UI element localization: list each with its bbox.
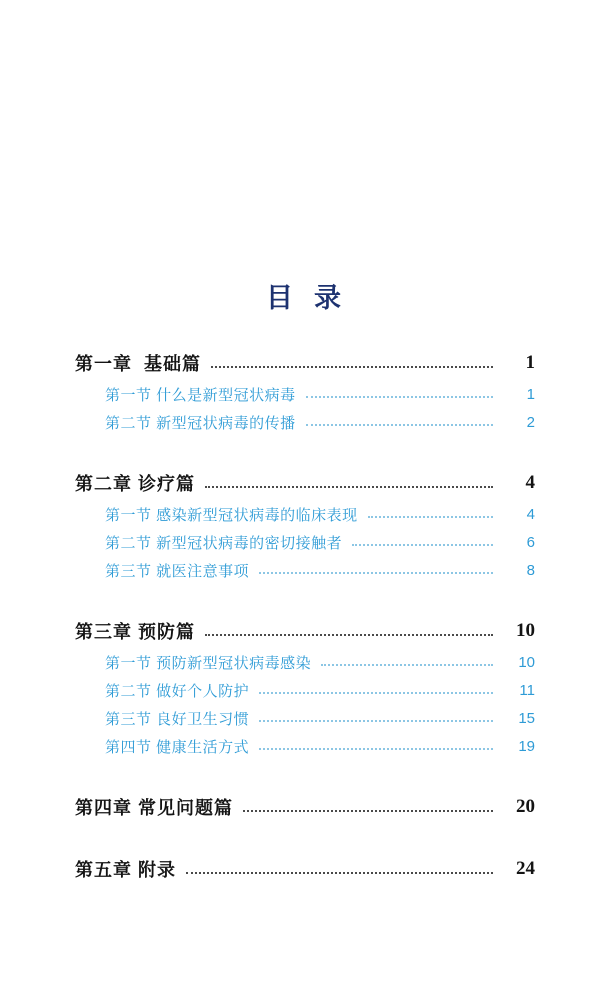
chapter-label: 第三章 预防篇 bbox=[75, 618, 195, 644]
page-number: 2 bbox=[501, 414, 535, 431]
dotted-leader bbox=[306, 396, 493, 398]
toc-chapter-row[interactable]: 第五章 附录24 bbox=[75, 858, 535, 880]
toc-section-row[interactable]: 第一节 什么是新型冠状病毒1 bbox=[105, 384, 535, 404]
page-title: 目 录 bbox=[0, 276, 609, 315]
section-label: 第二节 新型冠状病毒的密切接触者 bbox=[105, 532, 342, 553]
toc-section-row[interactable]: 第三节 就医注意事项8 bbox=[105, 560, 535, 580]
section-label: 第一节 预防新型冠状病毒感染 bbox=[105, 652, 311, 673]
chapter-label: 第五章 附录 bbox=[75, 856, 176, 882]
dotted-leader bbox=[306, 424, 493, 426]
toc-section-row[interactable]: 第三节 良好卫生习惯15 bbox=[105, 708, 535, 728]
page-number: 19 bbox=[501, 738, 535, 755]
chapter-label: 第四章 常见问题篇 bbox=[75, 794, 233, 820]
dotted-leader bbox=[259, 720, 493, 722]
page-number: 8 bbox=[501, 562, 535, 579]
dotted-leader bbox=[259, 572, 493, 574]
section-label: 第四节 健康生活方式 bbox=[105, 736, 249, 757]
dotted-leader bbox=[205, 486, 493, 488]
page-number: 4 bbox=[501, 506, 535, 523]
page-number: 1 bbox=[501, 386, 535, 403]
dotted-leader bbox=[186, 872, 493, 874]
section-label: 第二节 做好个人防护 bbox=[105, 680, 249, 701]
section-label: 第三节 良好卫生习惯 bbox=[105, 708, 249, 729]
toc-section-row[interactable]: 第一节 感染新型冠状病毒的临床表现4 bbox=[105, 504, 535, 524]
toc-section-row[interactable]: 第四节 健康生活方式19 bbox=[105, 736, 535, 756]
dotted-leader bbox=[321, 664, 493, 666]
toc-chapter-row[interactable]: 第一章 基础篇1 bbox=[75, 352, 535, 374]
document-page: 目 录 第一章 基础篇1第一节 什么是新型冠状病毒1第二节 新型冠状病毒的传播2… bbox=[0, 0, 609, 1005]
toc-section-row[interactable]: 第二节 做好个人防护11 bbox=[105, 680, 535, 700]
section-label: 第一节 什么是新型冠状病毒 bbox=[105, 384, 296, 405]
dotted-leader bbox=[368, 516, 493, 518]
chapter-label: 第一章 基础篇 bbox=[75, 350, 201, 376]
page-number: 6 bbox=[501, 534, 535, 551]
page-number: 1 bbox=[501, 352, 535, 374]
toc-section-row[interactable]: 第一节 预防新型冠状病毒感染10 bbox=[105, 652, 535, 672]
page-number: 11 bbox=[501, 682, 535, 699]
page-number: 10 bbox=[501, 654, 535, 671]
dotted-leader bbox=[205, 634, 493, 636]
toc-section-row[interactable]: 第二节 新型冠状病毒的密切接触者6 bbox=[105, 532, 535, 552]
dotted-leader bbox=[259, 748, 493, 750]
section-label: 第三节 就医注意事项 bbox=[105, 560, 249, 581]
toc-section-row[interactable]: 第二节 新型冠状病毒的传播2 bbox=[105, 412, 535, 432]
page-number: 15 bbox=[501, 710, 535, 727]
page-number: 4 bbox=[501, 472, 535, 494]
dotted-leader bbox=[259, 692, 493, 694]
chapter-label: 第二章 诊疗篇 bbox=[75, 470, 195, 496]
dotted-leader bbox=[211, 366, 493, 368]
page-number: 24 bbox=[501, 858, 535, 880]
page-number: 10 bbox=[501, 620, 535, 642]
toc-chapter-row[interactable]: 第二章 诊疗篇4 bbox=[75, 472, 535, 494]
dotted-leader bbox=[352, 544, 493, 546]
toc-list: 第一章 基础篇1第一节 什么是新型冠状病毒1第二节 新型冠状病毒的传播2第二章 … bbox=[75, 352, 535, 880]
toc-chapter-row[interactable]: 第三章 预防篇10 bbox=[75, 620, 535, 642]
dotted-leader bbox=[243, 810, 493, 812]
toc-chapter-row[interactable]: 第四章 常见问题篇20 bbox=[75, 796, 535, 818]
section-label: 第二节 新型冠状病毒的传播 bbox=[105, 412, 296, 433]
section-label: 第一节 感染新型冠状病毒的临床表现 bbox=[105, 504, 358, 525]
page-number: 20 bbox=[501, 796, 535, 818]
